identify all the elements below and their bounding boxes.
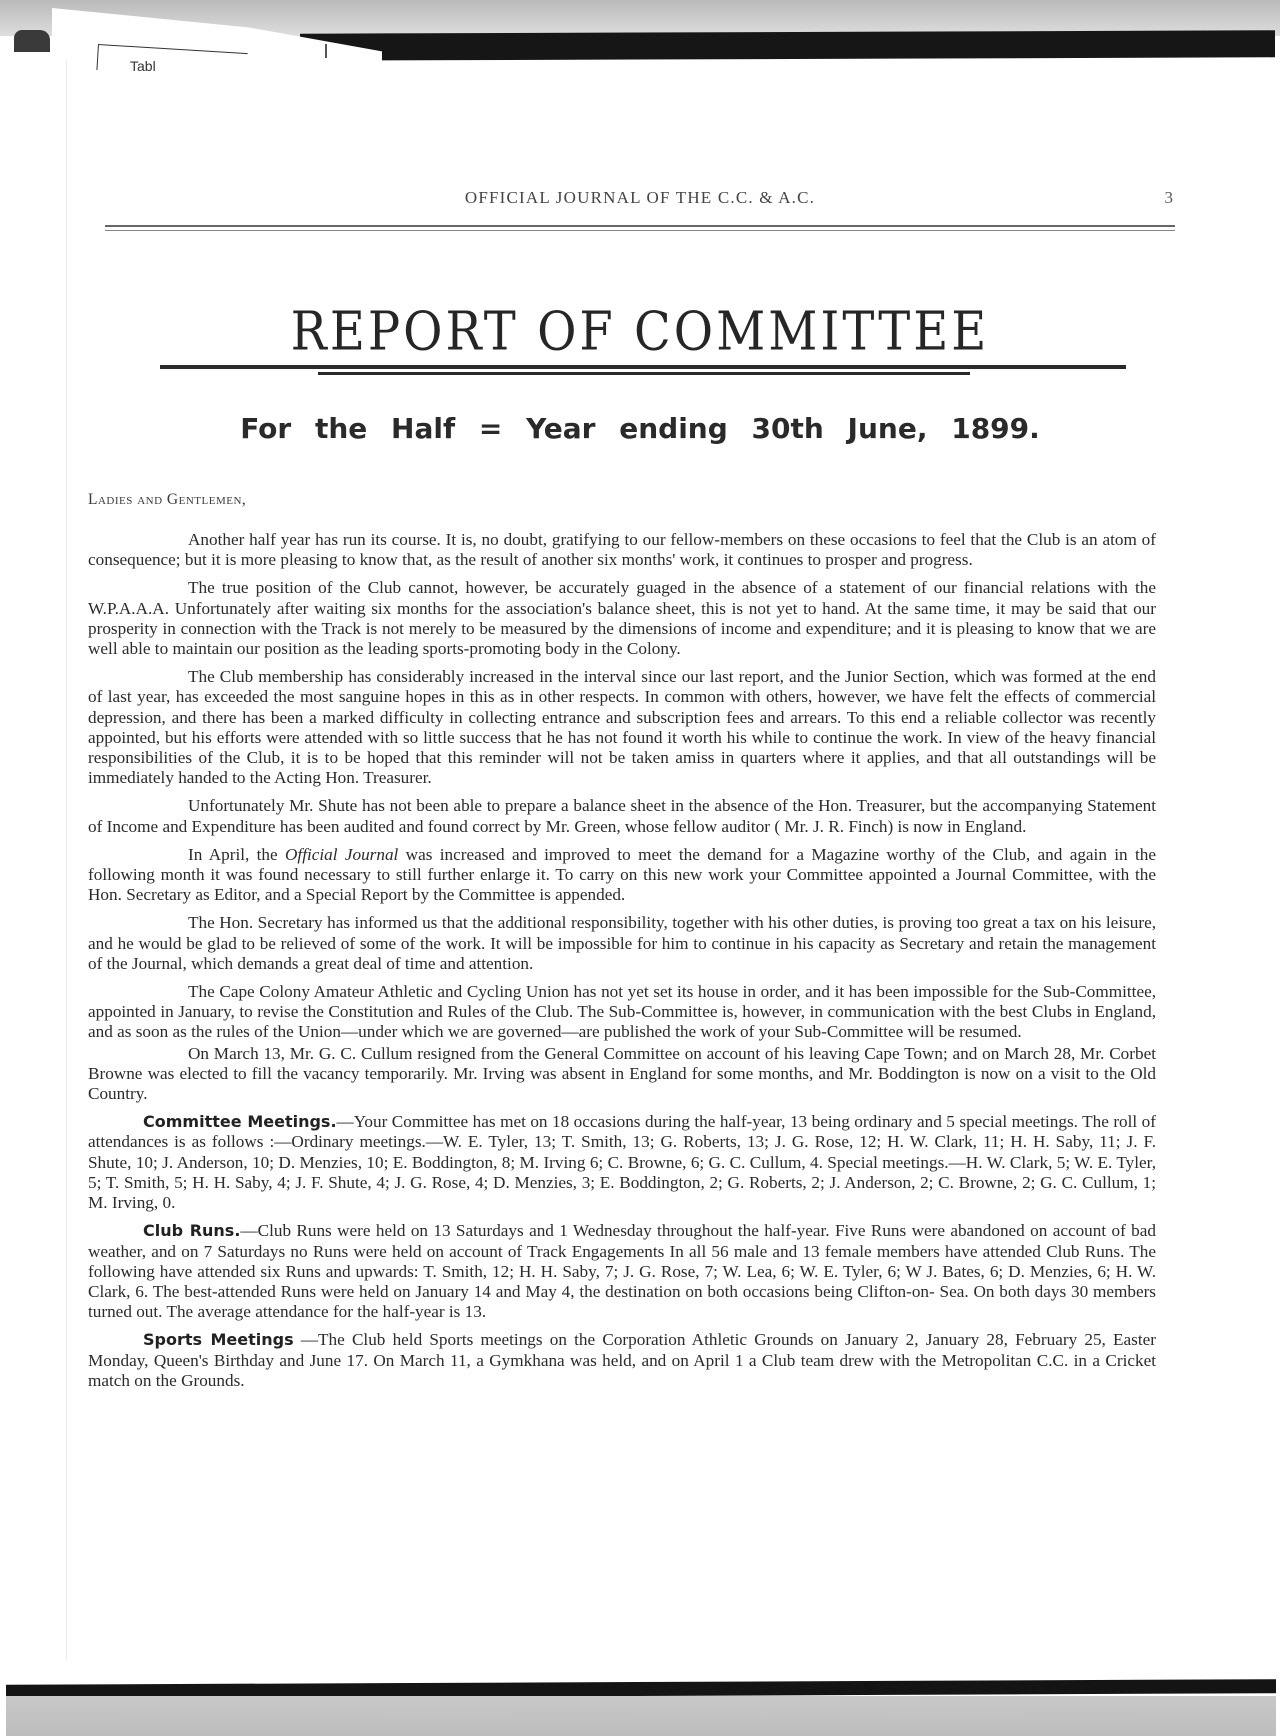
scan-artifact bbox=[14, 30, 50, 52]
page-number: 3 bbox=[1165, 188, 1174, 208]
journal-name: Official Journal bbox=[285, 845, 398, 864]
section-heading: Committee Meetings. bbox=[143, 1112, 337, 1131]
section-sports-meetings: Sports Meetings —The Club held Sports me… bbox=[88, 1330, 1156, 1391]
journal-title: OFFICIAL JOURNAL OF THE C.C. & A.C. bbox=[105, 188, 1175, 208]
running-head: OFFICIAL JOURNAL OF THE C.C. & A.C. 3 bbox=[105, 188, 1175, 218]
section-text: —Club Runs were held on 13 Saturdays and… bbox=[88, 1221, 1156, 1321]
paragraph: The Club membership has considerably inc… bbox=[88, 667, 1156, 788]
paragraph: In April, the Official Journal was incre… bbox=[88, 845, 1156, 906]
scan-tick-mark bbox=[325, 44, 327, 58]
scan-tab-fragment: Tabl bbox=[130, 58, 156, 74]
paragraph: Unfortunately Mr. Shute has not been abl… bbox=[88, 796, 1156, 836]
text-run: In April, the bbox=[188, 845, 285, 864]
title-rule bbox=[318, 372, 970, 375]
report-title: REPORT OF COMMITTEE bbox=[120, 300, 1160, 363]
page-edge bbox=[66, 60, 67, 1660]
report-subtitle: For the Half = Year ending 30th June, 18… bbox=[120, 412, 1160, 445]
paragraph: On March 13, Mr. G. C. Cullum resigned f… bbox=[88, 1044, 1156, 1105]
paragraph: The Hon. Secretary has informed us that … bbox=[88, 913, 1156, 974]
header-rule bbox=[105, 225, 1175, 227]
section-heading: Club Runs. bbox=[143, 1221, 240, 1240]
section-heading: Sports Meetings bbox=[143, 1330, 294, 1349]
report-body: Another half year has run its course. It… bbox=[88, 530, 1156, 1399]
title-rule bbox=[160, 365, 1126, 369]
section-club-runs: Club Runs.—Club Runs were held on 13 Sat… bbox=[88, 1221, 1156, 1322]
paragraph: Another half year has run its course. It… bbox=[88, 530, 1156, 570]
header-rule bbox=[105, 230, 1175, 231]
scan-bottom-border bbox=[6, 1696, 1276, 1736]
scan-top-black-band bbox=[300, 30, 1275, 60]
section-committee-meetings: Committee Meetings.—Your Committee has m… bbox=[88, 1112, 1156, 1213]
salutation: Ladies and Gentlemen, bbox=[88, 491, 246, 509]
paragraph: The true position of the Club cannot, ho… bbox=[88, 578, 1156, 659]
paragraph: The Cape Colony Amateur Athletic and Cyc… bbox=[88, 982, 1156, 1043]
